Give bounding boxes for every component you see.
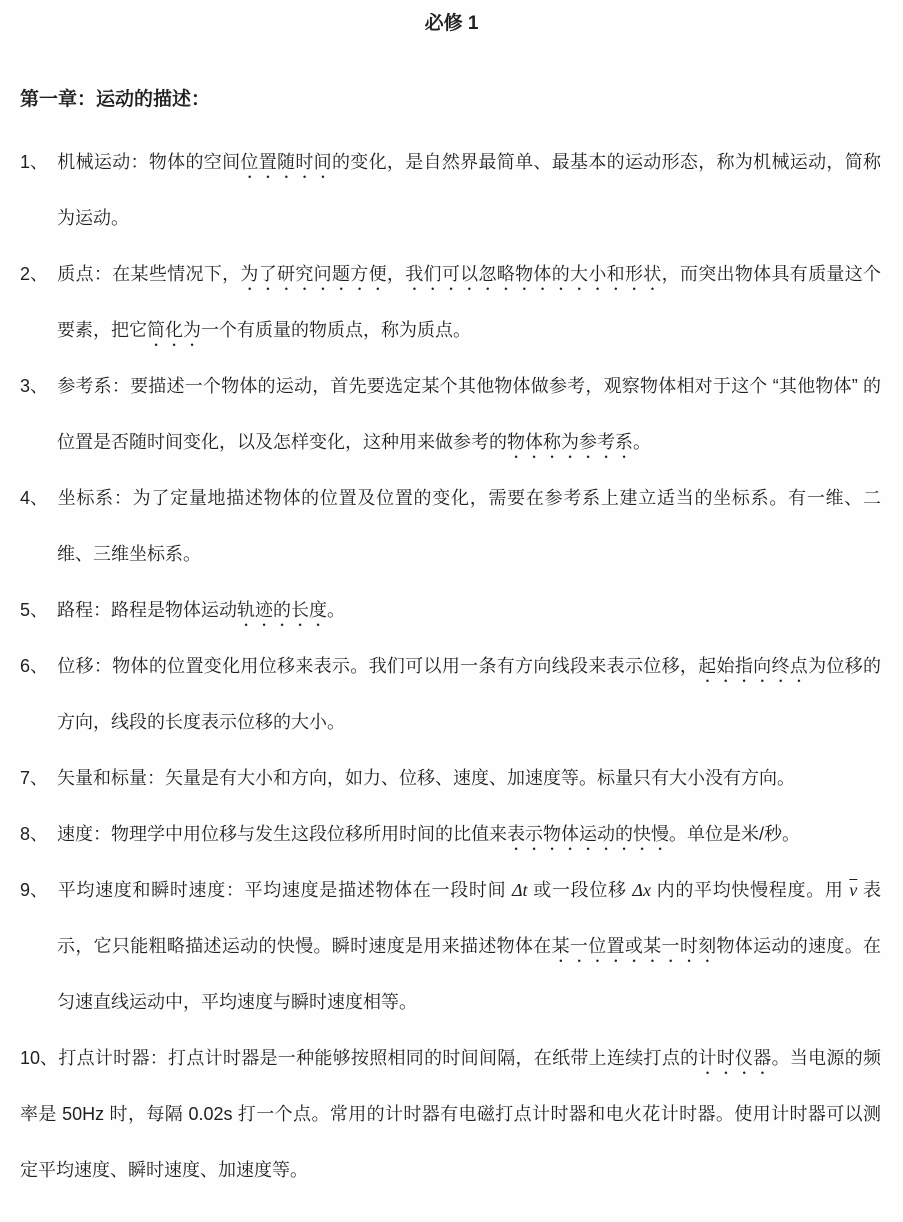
list-item: 7、矢量和标量：矢量是有大小和方向，如力、位移、速度、加速度等。标量只有大小没有… (20, 750, 881, 806)
text-segment: 一个有质量的物质点，称为质点。 (201, 320, 471, 340)
text-segment: 参考系：要描述一个物体的运动，首先要选定某个其他物体做参考，观察物体相对于这个 … (57, 376, 881, 452)
list-item: 5、路程：路程是物体运动轨迹的长度。 (20, 582, 881, 638)
emphasized-text: 表示物体运动的快慢 (507, 824, 669, 844)
text-segment: 机械运动：物体的空间 (57, 152, 240, 172)
emphasized-text: 计时仪器 (698, 1048, 771, 1068)
text-segment: 。 (327, 600, 345, 620)
emphasized-text: 为了研究问题方便，我们可以忽略物体的大小和形状 (240, 264, 661, 284)
chapter-heading: 第一章：运动的描述： (0, 84, 903, 116)
document-page: 必修 1 第一章：运动的描述： 1、机械运动：物体的空间位置随时间的变化，是自然… (0, 0, 903, 1222)
list-item: 8、速度：物理学中用位移与发生这段位移所用时间的比值来表示物体运动的快慢。单位是… (20, 806, 881, 862)
item-number: 7、 (20, 750, 57, 806)
text-segment: 质点：在某些情况下， (57, 264, 240, 284)
emphasized-text: 物体称为参考系 (507, 432, 633, 452)
list-item: 10、打点计时器：打点计时器是一种能够按照相同的时间间隔，在纸带上连续打点的计时… (20, 1030, 881, 1198)
text-segment: 或一段位移 (528, 880, 633, 900)
text-segment: 坐标系：为了定量地描述物体的位置及位置的变化，需要在参考系上建立适当的坐标系。有… (57, 488, 881, 564)
list-item: 3、参考系：要描述一个物体的运动，首先要选定某个其他物体做参考，观察物体相对于这… (20, 358, 881, 470)
list-item: 6、位移：物体的位置变化用位移来表示。我们可以用一条有方向线段来表示位移，起始指… (20, 638, 881, 750)
emphasized-text: 位置随时间 (240, 152, 332, 172)
item-number: 8、 (20, 806, 57, 862)
item-number: 2、 (20, 246, 57, 302)
text-segment: 平均速度和瞬时速度：平均速度是描述物体在一段时间 (57, 880, 512, 900)
item-number: 4、 (20, 470, 57, 526)
text-segment: 内的平均快慢程度。用 (651, 880, 849, 900)
list-item: 1、机械运动：物体的空间位置随时间的变化，是自然界最简单、最基本的运动形态，称为… (20, 134, 881, 246)
item-number: 10、 (20, 1030, 58, 1086)
math-symbol: Δt (512, 880, 528, 900)
item-number: 3、 (20, 358, 57, 414)
item-number: 5、 (20, 582, 57, 638)
list-item: 2、质点：在某些情况下，为了研究问题方便，我们可以忽略物体的大小和形状，而突出物… (20, 246, 881, 358)
definition-list: 1、机械运动：物体的空间位置随时间的变化，是自然界最简单、最基本的运动形态，称为… (0, 134, 903, 1222)
text-segment: 位移：物体的位置变化用位移来表示。我们可以用一条有方向线段来表示位移， (57, 656, 698, 676)
emphasized-text: 某一位置或某一时刻 (552, 936, 717, 956)
text-segment: 矢量和标量：矢量是有大小和方向，如力、位移、速度、加速度等。标量只有大小没有方向… (57, 768, 795, 788)
emphasized-text: 简化为 (147, 320, 201, 340)
math-symbol: Δx (632, 880, 651, 900)
item-number: 9、 (20, 862, 57, 918)
item-number: 6、 (20, 638, 57, 694)
list-item: 4、坐标系：为了定量地描述物体的位置及位置的变化，需要在参考系上建立适当的坐标系… (20, 470, 881, 582)
list-item: 9、平均速度和瞬时速度：平均速度是描述物体在一段时间 Δt 或一段位移 Δx 内… (20, 862, 881, 1030)
text-segment: 打点计时器：打点计时器是一种能够按照相同的时间间隔，在纸带上连续打点的 (58, 1048, 698, 1068)
document-title: 必修 1 (0, 0, 903, 40)
text-segment: 路程：路程是物体运动 (57, 600, 237, 620)
emphasized-text: 轨迹的长度 (237, 600, 327, 620)
text-segment: 。单位是米/秒。 (669, 824, 800, 844)
item-number: 1、 (20, 134, 57, 190)
text-segment: 速度：物理学中用位移与发生这段位移所用时间的比值来 (57, 824, 507, 844)
emphasized-text: 起始指向终点 (698, 656, 808, 676)
text-segment: 。 (633, 432, 651, 452)
